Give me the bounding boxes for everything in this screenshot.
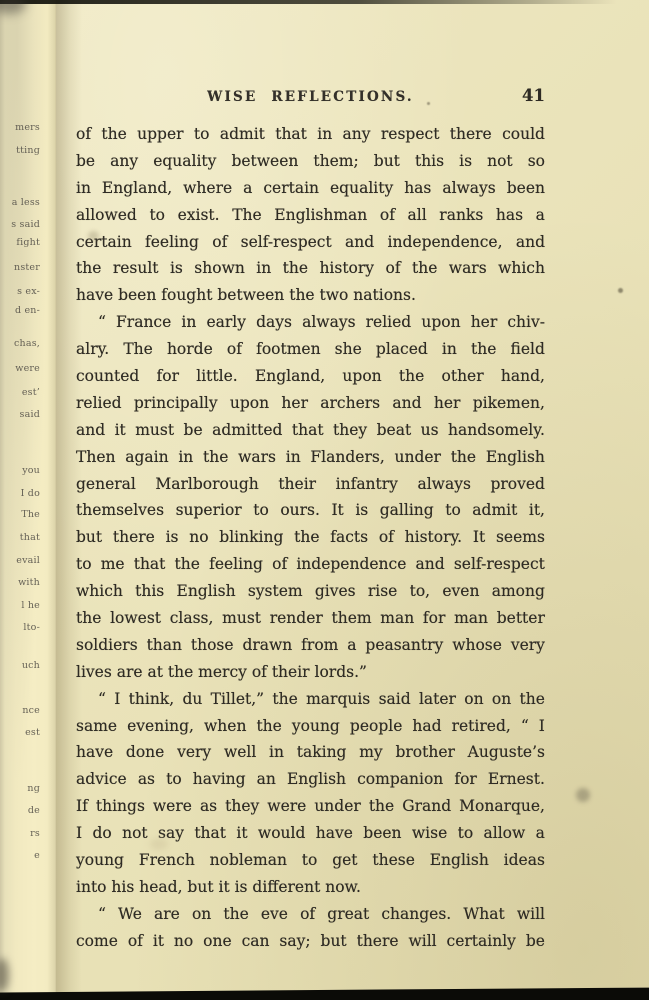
word: days [256, 309, 292, 336]
word: principally [134, 390, 218, 417]
word: result [113, 255, 159, 282]
text-line: soldiersthanthosedrawnfromapeasantrywhos… [76, 632, 545, 659]
word: taking [297, 739, 347, 766]
word: great [327, 901, 369, 928]
word: to [149, 202, 165, 229]
word: galling [380, 497, 434, 524]
word: retired, [452, 713, 511, 740]
word: think, [129, 686, 174, 713]
word: any [343, 121, 371, 148]
word: relied [76, 390, 122, 417]
word: wars [238, 444, 276, 471]
text-line: into his head, but it is different now. [76, 874, 545, 901]
edge-fragment: were [15, 363, 40, 374]
word: to [166, 766, 182, 793]
word: allow [484, 820, 526, 847]
text-line: IfthingswereastheywereundertheGrandMonar… [76, 793, 545, 820]
word: same [76, 713, 117, 740]
word: her [434, 390, 461, 417]
word: Auguste’s [468, 739, 545, 766]
word: companion [357, 766, 443, 793]
word: of [76, 121, 91, 148]
word: shown [194, 255, 245, 282]
word: seems [496, 524, 545, 551]
word: relied [366, 309, 412, 336]
page-number: 41 [414, 86, 545, 105]
stain-spot [427, 102, 430, 105]
word: infantry [336, 471, 398, 498]
word: is [355, 497, 368, 524]
word: early [206, 309, 246, 336]
word: Monarque, [459, 793, 545, 820]
word: of [128, 928, 143, 955]
word: England, [102, 175, 172, 202]
word: them; [313, 148, 358, 175]
word: for [423, 605, 445, 632]
word: will [517, 901, 545, 928]
word: advice [76, 766, 127, 793]
text-line: “Franceinearlydaysalwaysrelieduponherchi… [76, 309, 545, 336]
word: of [212, 229, 227, 256]
text-line: oftheuppertoadmitthatinanyrespectthereco… [76, 121, 545, 148]
word: blinking [219, 524, 283, 551]
text-line: have been fought between the two nations… [76, 282, 545, 309]
word: certain [76, 229, 132, 256]
word: the [101, 121, 126, 148]
word: archers [320, 390, 380, 417]
word: placed [376, 336, 428, 363]
word: among [492, 578, 545, 605]
edge-fragment: nster [14, 262, 40, 273]
word: no [189, 524, 208, 551]
edge-fragment: evail [16, 555, 40, 566]
word: rise [368, 578, 398, 605]
word: my [359, 739, 382, 766]
word: class, [170, 605, 214, 632]
word: young [292, 713, 340, 740]
word: said [379, 686, 411, 713]
word: in [256, 255, 271, 282]
edge-fragment: l he [21, 600, 40, 611]
word: were [153, 793, 192, 820]
word: for [157, 363, 179, 390]
word: will [408, 928, 436, 955]
word: of [380, 202, 395, 229]
word: Then [76, 444, 115, 471]
word: could [502, 121, 545, 148]
word: say; [279, 928, 310, 955]
word: it [153, 928, 164, 955]
word: “ [98, 309, 106, 336]
word: very [511, 632, 545, 659]
word: “ [98, 686, 106, 713]
text-line: reliedprincipallyuponherarchersandherpik… [76, 390, 545, 417]
word: France [116, 309, 171, 336]
word: better [497, 605, 545, 632]
word: all [408, 202, 427, 229]
word: equality [153, 148, 216, 175]
word: upon [230, 390, 269, 417]
edge-fragment: chas, [14, 338, 40, 349]
word: the [223, 901, 248, 928]
word: and [392, 390, 421, 417]
word: I [114, 686, 120, 713]
edge-fragment: s ex- [17, 286, 40, 297]
word: the [399, 363, 424, 390]
stain-spot [576, 788, 590, 802]
word: under [394, 444, 440, 471]
word: were [267, 793, 306, 820]
edge-fragment: lto- [23, 622, 40, 633]
running-title: WISE REFLECTIONS. [207, 89, 414, 105]
word: exist. [178, 202, 220, 229]
word: is [459, 148, 472, 175]
edge-fragment: nce [22, 705, 40, 716]
word: always [417, 471, 470, 498]
word: well [224, 739, 256, 766]
word: the [283, 255, 308, 282]
text-line: Idonotsaythatitwouldhavebeenwisetoallowa [76, 820, 545, 847]
edge-fragment: de [28, 805, 40, 816]
word: allowed [76, 202, 137, 229]
word: her [281, 390, 308, 417]
facing-page-edge: mersttinga lesss saidfightnsters ex-d en… [0, 0, 56, 1000]
word: the [471, 336, 496, 363]
word: that [134, 551, 166, 578]
word: of [300, 901, 315, 928]
word: that [275, 121, 307, 148]
word: must [135, 417, 174, 444]
word: marquis [306, 686, 370, 713]
word: be [76, 148, 95, 175]
word: to [76, 551, 92, 578]
word: in [76, 175, 91, 202]
word: it, [529, 497, 545, 524]
word: a [536, 202, 545, 229]
word: me [101, 551, 125, 578]
word: for [454, 766, 476, 793]
word: Grand [402, 793, 451, 820]
word: later [419, 686, 456, 713]
word: self-respect [454, 551, 545, 578]
word: these [372, 847, 415, 874]
word: certain [263, 175, 319, 202]
edge-fragment: you [22, 465, 40, 476]
edge-fragment: a less [12, 197, 40, 208]
word: be [184, 417, 203, 444]
edge-fragment: tting [16, 145, 40, 156]
word: her [471, 309, 498, 336]
word: the [203, 444, 228, 471]
word: done [126, 739, 164, 766]
word: English [177, 578, 236, 605]
page-header: WISE REFLECTIONS. 41 [76, 86, 545, 105]
word: ranks [439, 202, 483, 229]
word: alry. [76, 336, 109, 363]
word: the [76, 255, 101, 282]
word: there [450, 121, 492, 148]
word: can [242, 928, 270, 955]
word: in [181, 309, 196, 336]
text-line: ThenagaininthewarsinFlanders,undertheEng… [76, 444, 545, 471]
word: of [385, 255, 400, 282]
word: is [166, 524, 179, 551]
text-line: theresultisshowninthehistoryofthewarswhi… [76, 255, 545, 282]
word: it [236, 820, 247, 847]
word: What [463, 901, 504, 928]
word: beat [377, 417, 412, 444]
text-line: generalMarlboroughtheirinfantryalwayspro… [76, 471, 545, 498]
word: the [369, 793, 394, 820]
word: of [227, 336, 242, 363]
word: English [430, 847, 489, 874]
text-line: youngFrenchnoblemantogettheseEnglishidea… [76, 847, 545, 874]
word: them [332, 605, 372, 632]
word: system [248, 578, 303, 605]
word: than [147, 632, 182, 659]
word: It [331, 497, 343, 524]
edge-fragment: fight [16, 237, 40, 248]
word: this [415, 148, 444, 175]
text-line: sameevening,whentheyoungpeoplehadretired… [76, 713, 545, 740]
text-line: tomethatthefeelingofindependenceandself-… [76, 551, 545, 578]
paragraph: oftheuppertoadmitthatinanyrespectthereco… [76, 121, 545, 309]
word: to [458, 820, 474, 847]
word: from [301, 632, 338, 659]
word: It [473, 524, 485, 551]
word: but [374, 148, 400, 175]
word: Marlborough [155, 471, 258, 498]
word: If [76, 793, 88, 820]
word: between [231, 148, 298, 175]
word: things [96, 793, 145, 820]
edge-fragment: est’ [22, 387, 40, 398]
word: having [193, 766, 246, 793]
word: one [203, 928, 232, 955]
word: those [191, 632, 234, 659]
word: I [76, 820, 82, 847]
text-line: inEngland,whereacertainequalityhasalways… [76, 175, 545, 202]
word: evening, [127, 713, 194, 740]
word: in [178, 444, 193, 471]
text-line: comeofitnoonecansay;buttherewillcertainl… [76, 928, 545, 955]
word: a [347, 632, 356, 659]
text-line: “Weareontheeveofgreatchanges.Whatwill [76, 901, 545, 928]
word: upon [342, 363, 381, 390]
word: gives [315, 578, 356, 605]
text-line: thelowestclass,mustrenderthemmanformanbe… [76, 605, 545, 632]
word: feeling [145, 229, 199, 256]
word: in [269, 739, 284, 766]
word: and [345, 229, 374, 256]
word: an [257, 766, 276, 793]
word: ours. [280, 497, 320, 524]
word: but [76, 524, 102, 551]
text-line: beanyequalitybetweenthem;butthisisnotso [76, 148, 545, 175]
word: they [333, 417, 367, 444]
word: the [520, 686, 545, 713]
word: had [412, 713, 441, 740]
text-line: “Ithink,duTillet,”themarquissaidlaterono… [76, 686, 545, 713]
word: are [154, 901, 180, 928]
word: wise [412, 820, 447, 847]
word: other [442, 363, 484, 390]
word: nobleman [210, 847, 287, 874]
word: be [526, 928, 545, 955]
word: in [317, 121, 332, 148]
paragraph: “Weareontheeveofgreatchanges.Whatwillcom… [76, 901, 545, 955]
edge-fragment: s said [11, 219, 40, 230]
word: come [76, 928, 118, 955]
word: not [122, 820, 148, 847]
book-page-scan: mersttinga lesss saidfightnsters ex-d en… [0, 0, 649, 1000]
word: any [110, 148, 138, 175]
word: French [139, 847, 195, 874]
word: as [138, 766, 155, 793]
word: that [194, 820, 226, 847]
word: in [286, 444, 301, 471]
edge-fragment: I do [21, 488, 40, 499]
word: brother [395, 739, 454, 766]
word: this [135, 578, 164, 605]
word: lowest [110, 605, 161, 632]
word: independence, [388, 229, 503, 256]
word: upon [421, 309, 460, 336]
word: admitted [212, 417, 282, 444]
word: a [536, 820, 545, 847]
word: on [192, 901, 211, 928]
word: on [464, 686, 483, 713]
word: on [492, 686, 511, 713]
word: “ [521, 713, 529, 740]
text-line: butthereisnoblinkingthefactsofhistory.It… [76, 524, 545, 551]
word: no [174, 928, 193, 955]
word: English [486, 444, 545, 471]
word: do [92, 820, 111, 847]
word: would [258, 820, 305, 847]
scan-bottom-edge [0, 987, 649, 1000]
word: always [442, 175, 495, 202]
text-line: lives are at the mercy of their lords.” [76, 659, 545, 686]
word: Flanders, [310, 444, 384, 471]
word: counted [76, 363, 139, 390]
word: admit [220, 121, 265, 148]
word: man [380, 605, 414, 632]
edge-fragment: mers [15, 122, 40, 133]
word: has [496, 202, 523, 229]
edge-fragment: ng [27, 783, 40, 794]
word: superior [176, 497, 242, 524]
word: self-respect [241, 229, 332, 256]
word: to [194, 121, 210, 148]
word: du [182, 686, 202, 713]
word: have [76, 739, 113, 766]
text-line: anditmustbeadmittedthattheybeatushandsom… [76, 417, 545, 444]
edge-fragment: uch [22, 660, 40, 671]
word: horde [167, 336, 213, 363]
word: people [350, 713, 402, 740]
word: us [421, 417, 439, 444]
word: feeling [209, 551, 263, 578]
word: general [76, 471, 136, 498]
edge-fragment: rs [30, 828, 40, 839]
word: footmen [256, 336, 320, 363]
word: to [253, 497, 269, 524]
word: which [498, 255, 545, 282]
word: very [177, 739, 211, 766]
word: upper [137, 121, 183, 148]
word: a [243, 175, 252, 202]
word: equality [330, 175, 393, 202]
word: that [292, 417, 324, 444]
word: render [270, 605, 323, 632]
word: get [332, 847, 357, 874]
word: independence [296, 551, 406, 578]
word: eve [261, 901, 288, 928]
word: of [272, 551, 287, 578]
word: of [379, 524, 394, 551]
word: where [183, 175, 232, 202]
word: she [335, 336, 362, 363]
word: history. [405, 524, 463, 551]
word: little. [196, 363, 237, 390]
word: drawn [242, 632, 292, 659]
word: there [357, 928, 399, 955]
word: the [272, 686, 297, 713]
text-block: oftheuppertoadmitthatinanyrespectthereco… [76, 121, 545, 955]
word: and [516, 229, 545, 256]
word: have [316, 820, 353, 847]
word: history [319, 255, 374, 282]
word: changes. [381, 901, 451, 928]
word: whose [452, 632, 502, 659]
word: soldiers [76, 632, 138, 659]
word: “ [98, 901, 106, 928]
word: man [454, 605, 488, 632]
word: the [256, 713, 281, 740]
word: which [76, 578, 123, 605]
word: peasantry [365, 632, 443, 659]
word: the [451, 444, 476, 471]
word: themselves [76, 497, 164, 524]
text-line: countedforlittle.England,upontheotherhan… [76, 363, 545, 390]
word: always [302, 309, 355, 336]
stain-spot [150, 838, 168, 850]
paragraph: “Franceinearlydaysalwaysrelieduponherchi… [76, 309, 545, 685]
scan-top-edge [0, 0, 649, 4]
text-line: allowedtoexist.TheEnglishmanofallranksha… [76, 202, 545, 229]
word: even [442, 578, 479, 605]
word: again [125, 444, 168, 471]
word: so [528, 148, 545, 175]
word: pikemen, [473, 390, 545, 417]
word: to [302, 847, 318, 874]
edge-fragment: e [34, 850, 40, 861]
word: England, [255, 363, 325, 390]
word: when [204, 713, 246, 740]
text-line: adviceastohavinganEnglishcompanionforErn… [76, 766, 545, 793]
edge-fragment: said [20, 409, 40, 420]
word: the [76, 605, 101, 632]
edge-fragment: that [20, 532, 40, 543]
word: the [294, 524, 319, 551]
text-line: themselvessuperiortoours.Itisgallingtoad… [76, 497, 545, 524]
word: facts [330, 524, 368, 551]
word: under [314, 793, 360, 820]
word: been [363, 820, 401, 847]
word: proved [490, 471, 545, 498]
word: hand, [501, 363, 545, 390]
